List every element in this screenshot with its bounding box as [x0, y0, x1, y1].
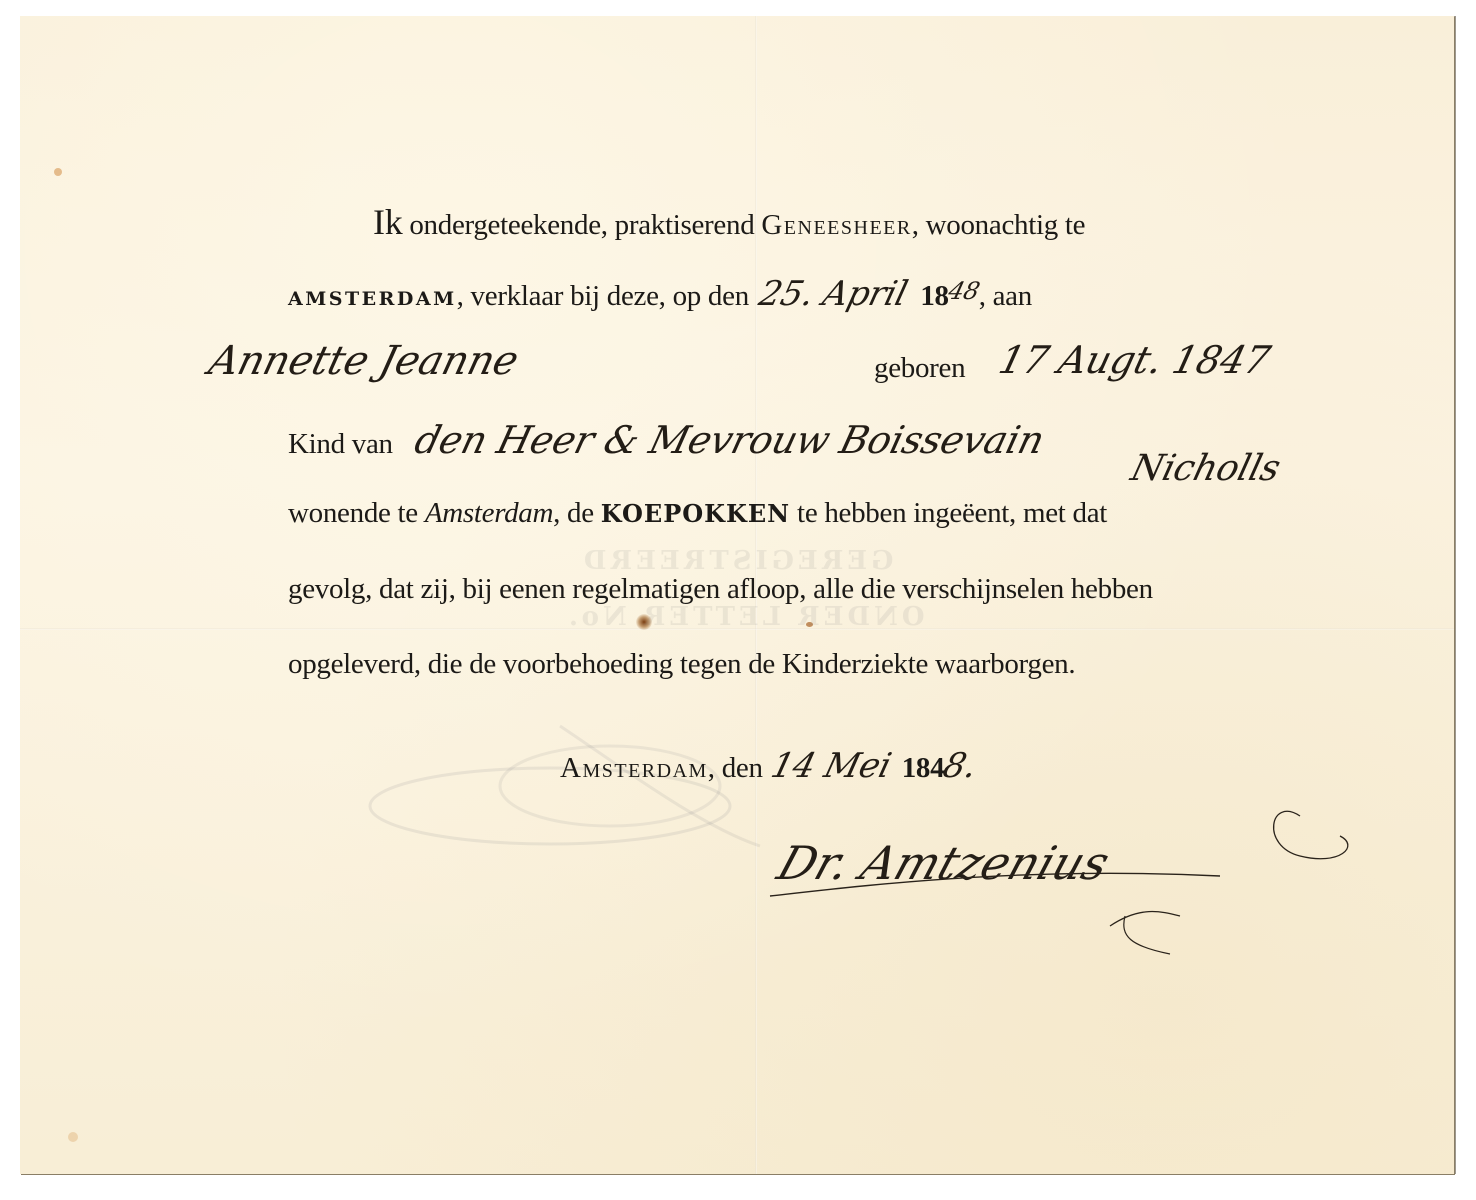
text-line-4-cont: Nicholls [1132, 448, 1279, 489]
handwritten-parents-surname: Nicholls [1127, 448, 1284, 489]
handwritten-birthdate: 17 Augt. 1847 [995, 338, 1275, 382]
vaccine-koepokken: KOEPOKKEN [601, 499, 790, 528]
certificate-paper: GEREGISTREERD ONDER LETTER No. Ik onderg… [20, 16, 1454, 1174]
label-geboren: geboren [874, 352, 965, 385]
text-line-4: Kind van den Heer & Mevrouw Boissevain [288, 418, 1043, 462]
ghost-flourish [360, 706, 780, 886]
text-line-1: Ik ondergeteekende, praktiserend Geneesh… [373, 201, 1085, 243]
handwritten-year: 48 [945, 277, 982, 305]
residence: Amsterdam [425, 497, 553, 529]
profession: Geneesheer [761, 209, 911, 241]
foxing-spot [54, 168, 62, 176]
handwritten-child-name: Annette Jeanne [204, 338, 523, 384]
text-line-3: Annette Jeanne geboren 17 Augt. 1847 [210, 338, 1340, 384]
text-line-6: gevolg, dat zij, bij eenen regelmatigen … [288, 573, 1153, 606]
closing-city: Amsterdam [560, 752, 708, 784]
text-line-2: Amsterdam, verklaar bij deze, op den 25.… [288, 274, 1032, 314]
ghost-stamp-line1: GEREGISTREERD [580, 546, 893, 576]
signature-flourish [740, 776, 1360, 956]
ghost-stamp-line2: ONDER LETTER No. [565, 602, 924, 632]
initial-ik: Ik [373, 202, 402, 242]
city-amsterdam: Amsterdam [288, 288, 457, 310]
label-kind-van: Kind van [288, 428, 393, 460]
text-line-5: wonende te Amsterdam, de KOEPOKKEN te he… [288, 497, 1107, 530]
text-line-7: opgeleverd, die de voorbehoeding tegen d… [288, 648, 1075, 681]
handwritten-parents: den Heer & Mevrouw Boissevain [410, 418, 1048, 462]
handwritten-vaccination-date: 25. April [755, 274, 911, 314]
foxing-spot [68, 1132, 78, 1142]
